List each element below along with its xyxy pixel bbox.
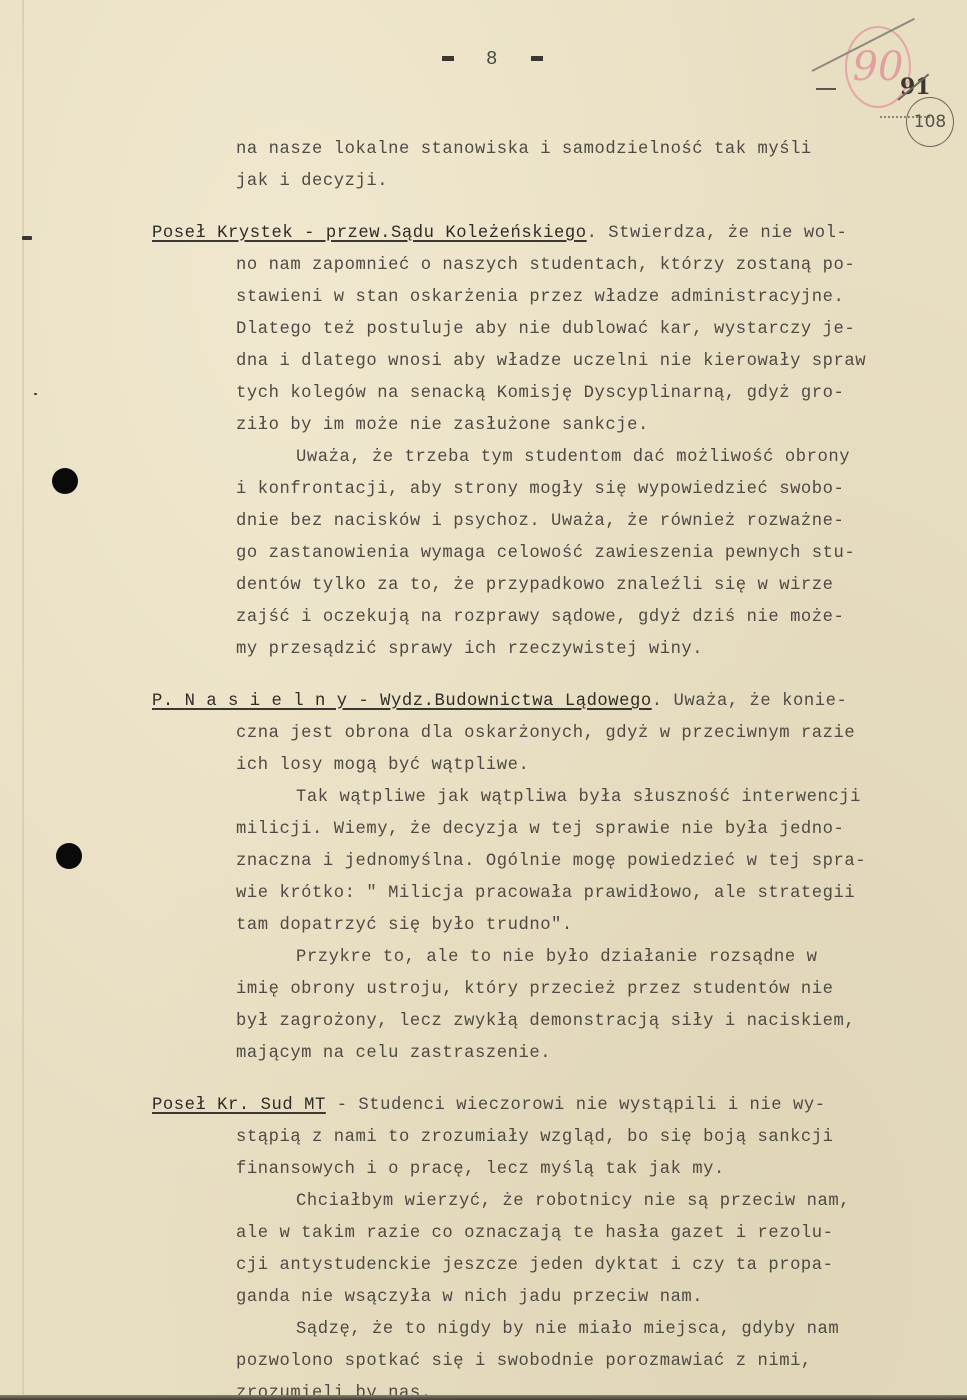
text-line: stąpią z nami to zrozumiały wzgląd, bo s…: [236, 1128, 834, 1147]
page-number-value: 8: [486, 48, 499, 70]
line-text: i konfrontacji, aby strony mogły się wyp…: [236, 480, 844, 499]
margin-mark: [34, 393, 37, 395]
line-text: ale w takim razie co oznaczają te hasła …: [236, 1224, 834, 1243]
text-line: dnie bez nacisków i psychoz. Uważa, że r…: [236, 512, 844, 531]
page-bottom-edge: [0, 1395, 967, 1400]
line-text: - Studenci wieczorowi nie wystąpili i ni…: [326, 1096, 826, 1115]
page-number: 8: [410, 48, 575, 70]
line-text: ziło by im może nie zasłużone sankcje.: [236, 416, 649, 435]
line-text: pozwolono spotkać się i swobodnie porozm…: [236, 1352, 812, 1371]
line-text: Przykre to, ale to nie było działanie ro…: [296, 948, 817, 967]
line-text: stawieni w stan oskarżenia przez władze …: [236, 288, 844, 307]
line-text: stąpią z nami to zrozumiały wzgląd, bo s…: [236, 1128, 834, 1147]
folio-number: 91: [900, 74, 931, 100]
text-line: Przykre to, ale to nie było działanie ro…: [296, 948, 817, 967]
text-line: pozwolono spotkać się i swobodnie porozm…: [236, 1352, 812, 1371]
text-line: Chciałbym wierzyć, że robotnicy nie są p…: [296, 1192, 850, 1211]
punch-hole-icon: [52, 468, 78, 494]
line-text: tam dopatrzyć się było trudno".: [236, 916, 573, 935]
document-page: 8 90 91 108 na nasze lokalne stanowiska …: [0, 0, 967, 1400]
text-line: no nam zapomnieć o naszych studentach, k…: [236, 256, 855, 275]
line-text: Chciałbym wierzyć, że robotnicy nie są p…: [296, 1192, 850, 1211]
line-text: Dlatego też postuluje aby nie dublować k…: [236, 320, 855, 339]
line-text: Uważa, że trzeba tym studentom dać możli…: [296, 448, 850, 467]
line-text: dnie bez nacisków i psychoz. Uważa, że r…: [236, 512, 844, 531]
line-text: ich losy mogą być wątpliwe.: [236, 756, 529, 775]
line-text: czna jest obrona dla oskarżonych, gdyż w…: [236, 724, 855, 743]
text-line: cji antystudenckie jeszcze jeden dyktat …: [236, 1256, 834, 1275]
text-line: Dlatego też postuluje aby nie dublować k…: [236, 320, 855, 339]
speaker-paragraph-line: Poseł Kr. Sud MT - Studenci wieczorowi n…: [152, 1096, 826, 1115]
text-line: dentów tylko za to, że przypadkowo znale…: [236, 576, 834, 595]
text-line: tych kolegów na senacką Komisję Dyscypli…: [236, 384, 844, 403]
line-text: dna i dlatego wnosi aby władze uczelni n…: [236, 352, 866, 371]
line-text: zajść i oczekują na rozprawy sądowe, gdy…: [236, 608, 844, 627]
line-text: wie krótko: " Milicja pracowała prawidło…: [236, 884, 855, 903]
text-line: czna jest obrona dla oskarżonych, gdyż w…: [236, 724, 855, 743]
text-line: był zagrożony, lecz zwykłą demonstracją …: [236, 1012, 855, 1031]
line-text: . Uważa, że konie-: [652, 692, 848, 711]
text-line: zajść i oczekują na rozprawy sądowe, gdy…: [236, 608, 844, 627]
line-text: znaczna i jednomyślna. Ogólnie mogę powi…: [236, 852, 866, 871]
text-line: stawieni w stan oskarżenia przez władze …: [236, 288, 844, 307]
page-number-dash: [442, 56, 454, 61]
paper-fold-line: [22, 0, 24, 1400]
text-line: milicji. Wiemy, że decyzja w tej sprawie…: [236, 820, 844, 839]
line-text: tych kolegów na senacką Komisję Dyscypli…: [236, 384, 844, 403]
line-text: mającym na celu zastraszenie.: [236, 1044, 551, 1063]
text-line: ganda nie wsączyła w nich jadu przeciw n…: [236, 1288, 703, 1307]
line-text: imię obrony ustroju, który przecież prze…: [236, 980, 834, 999]
line-text: dentów tylko za to, że przypadkowo znale…: [236, 576, 834, 595]
text-line: ale w takim razie co oznaczają te hasła …: [236, 1224, 834, 1243]
page-number-dash: [531, 56, 543, 61]
speaker-name: P. N a s i e l n y - Wydz.Budownictwa Lą…: [152, 692, 652, 711]
text-line: Sądzę, że to nigdy by nie miało miejsca,…: [296, 1320, 839, 1339]
text-line: i konfrontacji, aby strony mogły się wyp…: [236, 480, 844, 499]
line-text: . Stwierdza, że nie wol-: [587, 224, 848, 243]
speaker-paragraph-line: Poseł Krystek - przew.Sądu Koleżeńskiego…: [152, 224, 847, 243]
line-text: Tak wątpliwe jak wątpliwa była słuszność…: [296, 788, 861, 807]
text-line: ich losy mogą być wątpliwe.: [236, 756, 529, 775]
margin-mark: [22, 236, 32, 240]
text-line: jak i decyzji.: [236, 172, 388, 191]
circled-folio-value: 108: [914, 112, 946, 132]
text-line: na nasze lokalne stanowiska i samodzieln…: [236, 140, 812, 159]
line-text: na nasze lokalne stanowiska i samodzieln…: [236, 140, 812, 159]
text-line: znaczna i jednomyślna. Ogólnie mogę powi…: [236, 852, 866, 871]
line-text: no nam zapomnieć o naszych studentach, k…: [236, 256, 855, 275]
line-text: Sądzę, że to nigdy by nie miało miejsca,…: [296, 1320, 839, 1339]
text-line: finansowych i o pracę, lecz myślą tak ja…: [236, 1160, 725, 1179]
text-line: tam dopatrzyć się było trudno".: [236, 916, 573, 935]
text-line: imię obrony ustroju, który przecież prze…: [236, 980, 834, 999]
text-line: Uważa, że trzeba tym studentom dać możli…: [296, 448, 850, 467]
circled-folio-number: 108: [906, 97, 954, 147]
line-text: był zagrożony, lecz zwykłą demonstracją …: [236, 1012, 855, 1031]
text-line: wie krótko: " Milicja pracowała prawidło…: [236, 884, 855, 903]
line-text: finansowych i o pracę, lecz myślą tak ja…: [236, 1160, 725, 1179]
text-line: go zastanowienia wymaga celowość zawiesz…: [236, 544, 855, 563]
red-stamp-number: 90: [853, 44, 904, 90]
speaker-paragraph-line: P. N a s i e l n y - Wydz.Budownictwa Lą…: [152, 692, 847, 711]
punch-hole-icon: [56, 843, 82, 869]
text-line: mającym na celu zastraszenie.: [236, 1044, 551, 1063]
text-line: Tak wątpliwe jak wątpliwa była słuszność…: [296, 788, 861, 807]
line-text: go zastanowienia wymaga celowość zawiesz…: [236, 544, 855, 563]
folio-dash: [816, 88, 836, 90]
text-line: dna i dlatego wnosi aby władze uczelni n…: [236, 352, 866, 371]
line-text: my przesądzić sprawy ich rzeczywistej wi…: [236, 640, 703, 659]
speaker-name: Poseł Krystek - przew.Sądu Koleżeńskiego: [152, 224, 587, 243]
speaker-name: Poseł Kr. Sud MT: [152, 1096, 326, 1115]
line-text: milicji. Wiemy, że decyzja w tej sprawie…: [236, 820, 844, 839]
line-text: ganda nie wsączyła w nich jadu przeciw n…: [236, 1288, 703, 1307]
text-line: ziło by im może nie zasłużone sankcje.: [236, 416, 649, 435]
line-text: cji antystudenckie jeszcze jeden dyktat …: [236, 1256, 834, 1275]
text-line: my przesądzić sprawy ich rzeczywistej wi…: [236, 640, 703, 659]
line-text: jak i decyzji.: [236, 172, 388, 191]
